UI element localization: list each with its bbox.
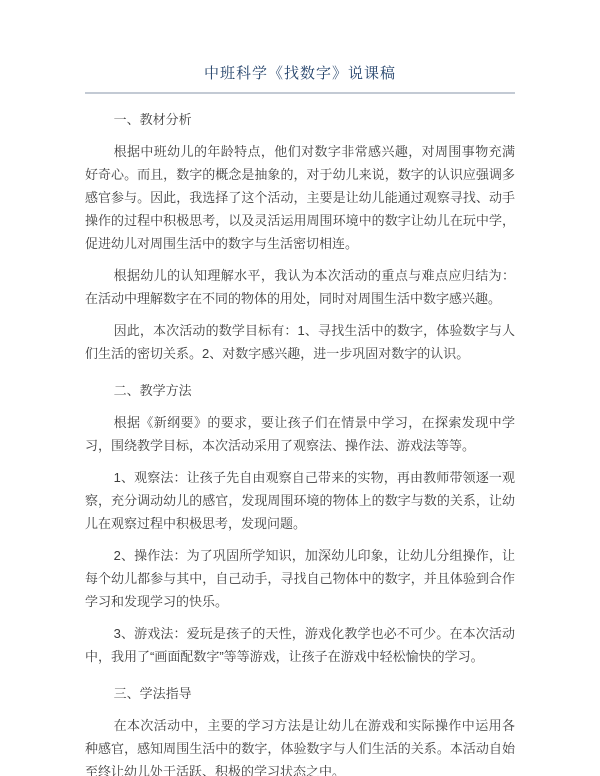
paragraph: 因此，本次活动的数学目标有：1、寻找生活中的数字，体验数字与人们生活的密切关系。… <box>85 319 515 365</box>
section-heading-learning-guidance: 三、学法指导 <box>85 682 515 705</box>
paragraph: 在本次活动中，主要的学习方法是让幼儿在游戏和实际操作中运用各种感官，感知周围生活… <box>85 714 515 776</box>
title-divider <box>85 92 515 94</box>
paragraph: 根据幼儿的认知理解水平，我认为本次活动的重点与难点应归结为：在活动中理解数字在不… <box>85 264 515 310</box>
document-title: 中班科学《找数字》说课稿 <box>85 62 515 86</box>
section-heading-material-analysis: 一、教材分析 <box>85 108 515 131</box>
paragraph: 根据《新纲要》的要求，要让孩子们在情景中学习，在探索发现中学习，围绕教学目标，本… <box>85 411 515 457</box>
paragraph: 根据中班幼儿的年龄特点，他们对数字非常感兴趣，对周围事物充满好奇心。而且，数字的… <box>85 140 515 255</box>
paragraph: 3、游戏法：爱玩是孩子的天性，游戏化教学也必不可少。在本次活动中，我用了“画面配… <box>85 622 515 668</box>
document-page: 中班科学《找数字》说课稿 一、教材分析 根据中班幼儿的年龄特点，他们对数字非常感… <box>0 0 600 776</box>
paragraph: 2、操作法：为了巩固所学知识，加深幼儿印象，让幼儿分组操作，让每个幼儿都参与其中… <box>85 544 515 613</box>
paragraph: 1、观察法：让孩子先自由观察自己带来的实物，再由教师带领逐一观察，充分调动幼儿的… <box>85 466 515 535</box>
section-heading-teaching-methods: 二、教学方法 <box>85 379 515 402</box>
